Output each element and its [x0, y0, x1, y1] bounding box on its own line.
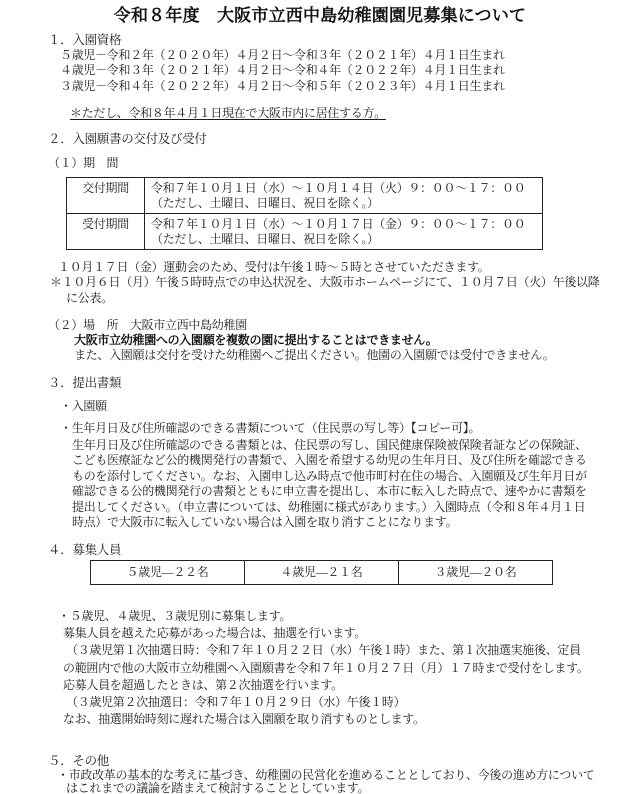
documents-paragraph-line: ものを添付してください。なお、入園申し込み時点で他市町村在住の場合、入園願及び生…	[72, 469, 640, 485]
eligibility-line-3yo: ３歳児－令和４年（２０２２年）４月２日～令和５年（２０２３年）４月１日生まれ	[60, 79, 640, 94]
distribution-exclusion-note: （ただし、土曜日、日曜日、祝日を除く。）	[151, 196, 536, 211]
eligibility-line-4yo: ４歳児－令和３年（２０２１年）４月２日～令和４年（２０２２年）４月１日生まれ	[60, 63, 640, 78]
eligibility-line-5yo: ５歳児－令和２年（２０２０年）４月２日～令和３年（２０２１年）４月１日生まれ	[60, 48, 640, 63]
distribution-period: 令和７年１０月１日（水）～１０月１４日（火）９：００～１７：００	[151, 181, 536, 196]
recruitment-line: なお、抽選開始時刻に遅れた場合は入園願を取り消すものとします。	[63, 711, 640, 728]
submission-note: また、入園願は交付を受けた幼稚園へご提出ください。他園の入園願では受付できません…	[74, 348, 640, 363]
capacity-table: ５歳児―２２名 ４歳児―２１名 ３歳児―２０名	[90, 560, 553, 585]
row-content-acceptance: 令和７年１０月１日（水）～１０月１７日（金）９：００～１７：００ （ただし、土曜…	[145, 214, 543, 250]
recruitment-line: ・５歳児、４歳児、３歳児別に募集します。	[58, 608, 640, 625]
publication-note-line2: に公表。	[66, 291, 640, 306]
recruitment-line: （３歳児第２次抽選日：令和７年１０月２９日（水）午後１時）	[66, 694, 640, 711]
capacity-cell-3yo: ３歳児―２０名	[399, 560, 553, 584]
recruitment-line: （３歳児第１次抽選日時：令和７年１０月２２日（水）午後１時）また、第１次抽選実施…	[66, 642, 640, 659]
capacity-cell-4yo: ４歳児―２１名	[245, 560, 399, 584]
page-title: 令和８年度 大阪市立西中島幼稚園園児募集について	[0, 0, 640, 27]
section1-heading: １．入園資格	[48, 33, 640, 48]
section5-heading: ５．その他	[48, 755, 640, 768]
schedule-table: 交付期間 令和７年１０月１日（水）～１０月１４日（火）９：００～１７：００ （た…	[66, 177, 543, 250]
section2-heading: ２．入園願書の交付及び受付	[48, 132, 640, 147]
section4-heading: ４．募集人員	[48, 543, 640, 558]
period-subheading: （１）期 間	[48, 156, 640, 171]
residence-requirement-note: ＊ただし、令和８年４月１日現在で大阪市内に居住する方。	[70, 106, 640, 121]
application-form-bullet: ・入園願	[60, 399, 640, 414]
row-label-distribution: 交付期間	[67, 178, 145, 214]
section3-heading: ３．提出書類	[48, 376, 640, 391]
sports-day-note: １０月１７日（金）運動会のため、受付は午後１時～５時とさせていただきます。	[58, 260, 640, 275]
row-content-distribution: 令和７年１０月１日（水）～１０月１４日（火）９：００～１７：００ （ただし、土曜…	[145, 178, 543, 214]
recruitment-line: 応募人員を超過したときは、第２次抽選を行います。	[63, 677, 640, 694]
documents-paragraph-line: 確認できる公的機関発行の書類とともに申立書を提出し、本市に転入した時点で、速やか…	[72, 484, 640, 500]
recruitment-line: 募集人員を越えた応募があった場合は、抽選を行います。	[63, 625, 640, 642]
documents-paragraph-line: 時点）で大阪市に転入していない場合は入園を取り消すことになります。	[72, 515, 640, 531]
recruitment-details: ・５歳児、４歳児、３歳児別に募集します。 募集人員を越えた応募があった場合は、抽…	[0, 608, 640, 728]
documents-paragraph: 生年月日及び住所確認のできる書類とは、住民票の写し、国民健康保険被保険者証などの…	[0, 438, 640, 531]
single-application-bold-note: 大阪市立幼稚園への入園願を複数の園に提出することはできません。	[74, 333, 640, 348]
birthdate-documents-bullet: ・生年月日及び住所確認のできる書類について（住民票の写し等）【コピー可】。	[60, 421, 640, 436]
publication-note-line1: ＊１０月６日（月）午後５時時点での申込状況を、大阪市ホームページにて、１０月７日…	[50, 275, 640, 290]
acceptance-exclusion-note: （ただし、土曜日、日曜日、祝日を除く。）	[151, 232, 536, 247]
capacity-cell-5yo: ５歳児―２２名	[91, 560, 245, 584]
table-row-acceptance: 受付期間 令和７年１０月１日（水）～１０月１７日（金）９：００～１７：００ （た…	[67, 214, 543, 250]
row-label-acceptance: 受付期間	[67, 214, 145, 250]
recruitment-line: の範囲内で他の大阪市立幼稚園へ入園願書を令和７年１０月２７日（月）１７時まで受付…	[63, 660, 640, 677]
documents-paragraph-line: こども医療証など公的機関発行の書類で、入園を希望する幼児の生年月日、及び住所を確…	[72, 453, 640, 469]
documents-paragraph-line: 生年月日及び住所確認のできる書類とは、住民票の写し、国民健康保険被保険者証などの…	[72, 438, 640, 454]
documents-paragraph-line: 提出してください。（申立書については、幼稚園に様式があります。）入園時点（令和８…	[72, 500, 640, 516]
location-subheading: （２）場 所 大阪市立西中島幼稚園	[48, 318, 640, 333]
document-page: 令和８年度 大阪市立西中島幼稚園園児募集について １．入園資格 ５歳児－令和２年…	[0, 0, 640, 794]
acceptance-period: 令和７年１０月１日（水）～１０月１７日（金）９：００～１７：００	[151, 217, 536, 232]
table-row-distribution: 交付期間 令和７年１０月１日（水）～１０月１４日（火）９：００～１７：００ （た…	[67, 178, 543, 214]
privatization-note-line2: はこれまでの議論を踏まえて検討することとしています。	[66, 782, 640, 794]
capacity-row: ５歳児―２２名 ４歳児―２１名 ３歳児―２０名	[91, 560, 553, 584]
